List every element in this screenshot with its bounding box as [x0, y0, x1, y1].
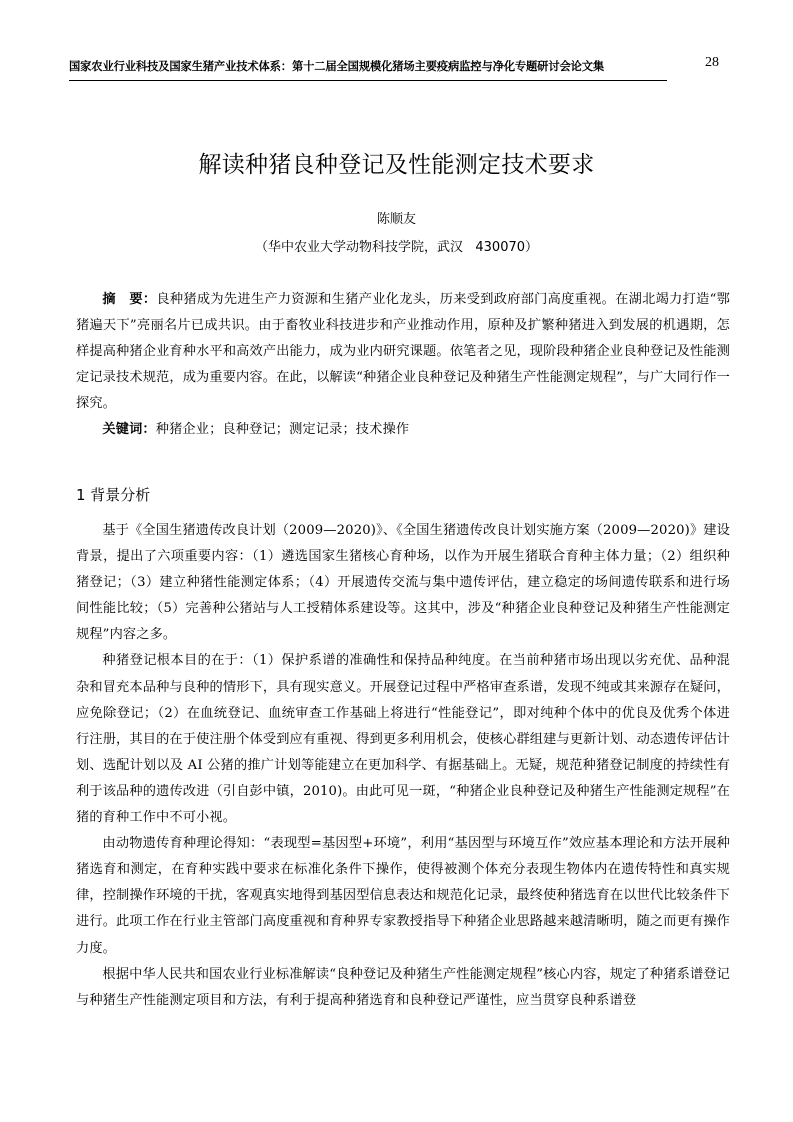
section-heading: 1 背景分析	[76, 484, 150, 505]
body-paragraph: 根据中华人民共和国农业行业标准解读“良种登记及种猪生产性能测定规程”核心内容，规…	[76, 962, 730, 1014]
keywords-text: 种猪企业；良种登记；测定记录；技术操作	[156, 422, 409, 437]
header-rule	[69, 80, 667, 81]
author-name: 陈顺友	[0, 208, 793, 227]
body-paragraph: 由动物遗传育种理论得知：“表现型=基因型+环境”，利用“基因型与环境互作”效应基…	[76, 831, 730, 961]
body-paragraph: 基于《全国生猪遗传改良计划（2009—2020)》、《全国生猪遗传改良计划实施方…	[76, 518, 730, 648]
running-header: 国家农业行业科技及国家生猪产业技术体系：第十二届全国规模化猪场主要疫病监控与净化…	[69, 58, 669, 74]
section-body: 基于《全国生猪遗传改良计划（2009—2020)》、《全国生猪遗传改良计划实施方…	[76, 518, 730, 1014]
page-number: 28	[705, 55, 719, 71]
abstract-text: 良种猪成为先进生产力资源和生猪产业化龙头，历来受到政府部门高度重视。在湖北竭力打…	[76, 292, 730, 411]
article-title: 解读种猪良种登记及性能测定技术要求	[0, 146, 793, 179]
abstract-paragraph: 摘 要：良种猪成为先进生产力资源和生猪产业化龙头，历来受到政府部门高度重视。在湖…	[76, 287, 730, 417]
abstract-block: 摘 要：良种猪成为先进生产力资源和生猪产业化龙头，历来受到政府部门高度重视。在湖…	[76, 287, 730, 444]
body-paragraph: 种猪登记根本目的在于：（1）保护系谱的准确性和保持品种纯度。在当前种猪市场出现以…	[76, 648, 730, 831]
author-affiliation: （华中农业大学动物科技学院，武汉 430070）	[0, 236, 793, 255]
keywords-label: 关键词：	[102, 422, 155, 437]
keywords-paragraph: 关键词：种猪企业；良种登记；测定记录；技术操作	[76, 417, 730, 443]
abstract-label: 摘 要：	[102, 292, 156, 307]
